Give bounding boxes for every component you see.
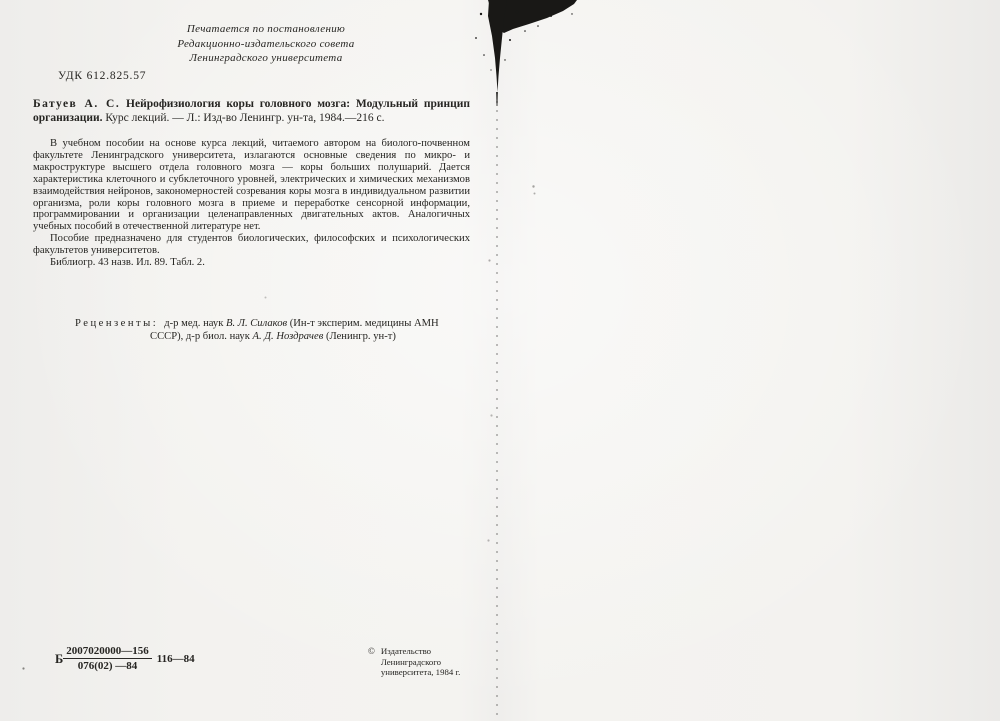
reviewer-affiliation-2: (Ленингр. ун-т)	[323, 331, 396, 342]
publication-index-code: Б 2007020000—156 076(02) —84 116—84	[55, 645, 195, 672]
imprint-notice-line: Редакционно-издательского совета	[135, 37, 397, 52]
copyright-line: университета, 1984 г.	[381, 667, 460, 678]
reviewer-name-1: В. Л. Силаков	[226, 318, 287, 329]
reviewers-label: Рецензенты:	[75, 318, 158, 329]
code-suffix: 116—84	[157, 653, 195, 665]
copyright-line: Ленинградского	[381, 657, 460, 668]
annotation-paragraph: Пособие предназначено для студентов биол…	[33, 233, 470, 257]
udk-number: УДК 612.825.57	[58, 70, 146, 82]
copyright-icon: ©	[368, 646, 375, 678]
right-page: Предисловие Предлагаемое вниманию читате…	[503, 0, 1000, 721]
code-denominator: 076(02) —84	[63, 659, 152, 672]
imprint-notice-line: Ленинградского университета	[135, 51, 397, 66]
imprint-notice-line: Печатается по постановлению	[135, 22, 397, 37]
code-fraction: 2007020000—156 076(02) —84	[63, 645, 152, 672]
author-name: Батуев А. С.	[33, 98, 120, 110]
annotation-block: В учебном пособии на основе курса лекций…	[33, 138, 470, 269]
book-details: Курс лекций. — Л.: Изд-во Ленингр. ун-та…	[105, 112, 384, 124]
annotation-paragraph: В учебном пособии на основе курса лекций…	[33, 138, 470, 233]
code-numerator: 2007020000—156	[63, 645, 152, 659]
copyright-notice: © ИздательствоЛенинградскогоуниверситета…	[368, 646, 460, 678]
gutter-fold-line	[496, 92, 498, 717]
book-spread: Печатается по постановлениюРедакционно-и…	[0, 0, 1000, 721]
copyright-line: Издательство	[381, 646, 460, 657]
annotation-paragraph: Библиогр. 43 назв. Ил. 89. Табл. 2.	[33, 257, 470, 269]
copyright-text: ИздательствоЛенинградскогоуниверситета, …	[381, 646, 460, 678]
reviewers-block: Рецензенты:д-р мед. наук В. Л. Силаков (…	[75, 317, 473, 343]
scan-speckles	[0, 0, 1, 1]
imprint-notice: Печатается по постановлениюРедакционно-и…	[135, 22, 397, 66]
reviewer-degree-1: д-р мед. наук	[164, 318, 226, 329]
code-prefix: Б	[55, 653, 63, 665]
reviewer-name-2: А. Д. Ноздрачев	[253, 331, 324, 342]
left-page: Печатается по постановлениюРедакционно-и…	[0, 0, 497, 721]
bibliographic-entry: Батуев А. С. Нейрофизиология коры головн…	[33, 98, 470, 125]
